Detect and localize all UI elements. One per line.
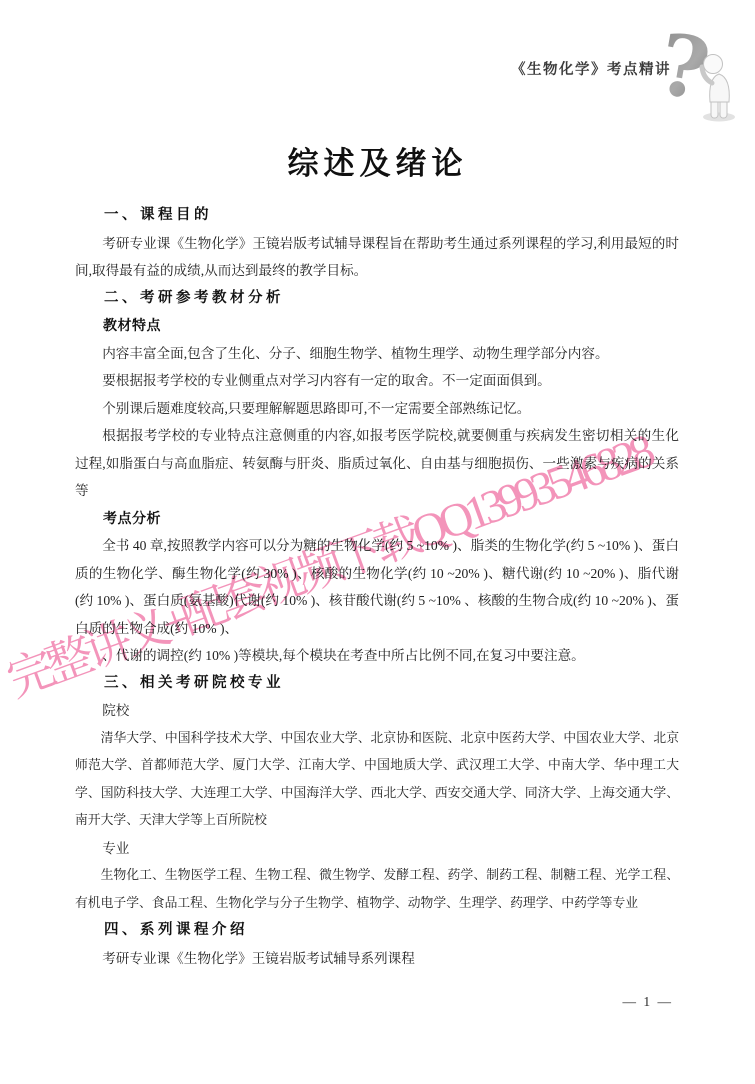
paragraph: 、代谢的调控(约 10% )等模块,每个模块在考查中所占比例不同,在复习中要注意… [75, 642, 679, 670]
paragraph: 考研专业课《生物化学》王镜岩版考试辅导课程旨在帮助考生通过系列课程的学习,利用最… [75, 230, 679, 285]
section-heading-related-schools: 三、相关考研院校专业 [75, 670, 679, 698]
subheading-textbook-features: 教材特点 [75, 312, 679, 340]
document-body: 一、课程目的 考研专业课《生物化学》王镜岩版考试辅导课程旨在帮助考生通过系列课程… [75, 202, 679, 972]
paragraph: 个别课后题难度较高,只要理解解题思路即可,不一定需要全部熟练记忆。 [75, 395, 679, 423]
paragraph-majors-list: 生物化工、生物医学工程、生物工程、微生物学、发酵工程、药学、制药工程、制糖工程、… [75, 862, 679, 917]
page-number: — 1 — [623, 994, 674, 1009]
paragraph: 内容丰富全面,包含了生化、分子、细胞生物学、植物生理学、动物生理学部分内容。 [75, 340, 679, 368]
leaning-person-figure [702, 55, 735, 122]
page-title: 综述及绪论 [0, 138, 755, 183]
section-heading-course-series: 四、系列课程介绍 [75, 917, 679, 945]
paragraph: 要根据报考学校的专业侧重点对学习内容有一定的取舍。不一定面面俱到。 [75, 367, 679, 395]
paragraph: 考研专业课《生物化学》王镜岩版考试辅导系列课程 [75, 945, 679, 973]
paragraph: 根据报考学校的专业特点注意侧重的内容,如报考医学院校,就要侧重与疾病发生密切相关… [75, 422, 679, 505]
paragraph: 全书 40 章,按照教学内容可以分为糖的生物化学(约 5 ~10% )、脂类的生… [75, 532, 679, 642]
paragraph-majors-label: 专业 [75, 835, 679, 863]
paragraph-schools-list: 清华大学、中国科学技术大学、中国农业大学、北京协和医院、北京中医药大学、中国农业… [75, 725, 679, 835]
paragraph-schools-label: 院校 [75, 697, 679, 725]
document-page: 完整讲义+配套视频下载QQ13993546828 《生物化学》考点精讲 ? 综述… [0, 0, 755, 1084]
booklet-title: 《生物化学》考点精讲 [511, 62, 671, 78]
question-mark-figure-icon: ? [653, 20, 748, 125]
section-heading-textbook-analysis: 二、考研参考教材分析 [75, 285, 679, 313]
subheading-exam-points-analysis: 考点分析 [75, 505, 679, 533]
page-footer: — 1 — [623, 994, 674, 1010]
section-heading-course-purpose: 一、课程目的 [75, 202, 679, 230]
booklet-header: 《生物化学》考点精讲 [511, 58, 671, 79]
